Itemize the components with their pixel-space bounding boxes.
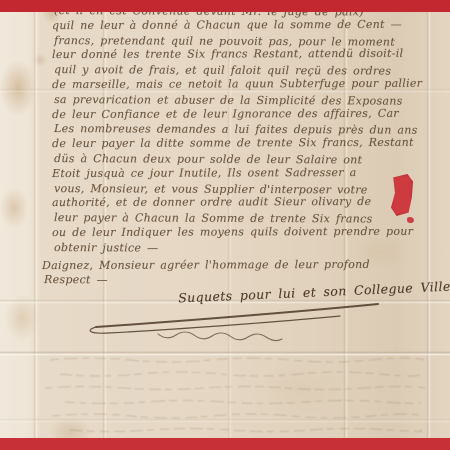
manuscript-line: authorité, et de donner ordre audit Sieu… bbox=[52, 195, 434, 211]
mat-edge-bottom bbox=[0, 438, 450, 450]
manuscript-line: Daignez, Monsieur agréer l'hommage de le… bbox=[42, 257, 434, 273]
letter-scan: (et il en est Convenüe devant Mr. le jug… bbox=[0, 0, 450, 450]
manuscript-line: de marseille, mais ce netoit la quun Sub… bbox=[52, 77, 434, 93]
manuscript-line: obtenir justice — bbox=[54, 241, 436, 257]
manuscript-line: Etoit jusquà ce jour Inutile, Ils osent … bbox=[52, 165, 434, 181]
letter-body: (et il en est Convenüe devant Mr. le jug… bbox=[52, 4, 434, 288]
manuscript-line: de leur Confiance et de leur Ignorance d… bbox=[52, 106, 434, 122]
manuscript-line: de leur payer la ditte somme de trente S… bbox=[52, 136, 434, 152]
manuscript-line: quil ne leur à donné à Chacun que la som… bbox=[52, 17, 434, 33]
mat-edge-top bbox=[0, 0, 450, 12]
manuscript-line: ou de leur Indiquer les moyens quils doi… bbox=[52, 225, 434, 241]
wax-seal-speck bbox=[407, 217, 414, 223]
manuscript-line: leur donné les trente Six francs Restant… bbox=[52, 47, 434, 63]
